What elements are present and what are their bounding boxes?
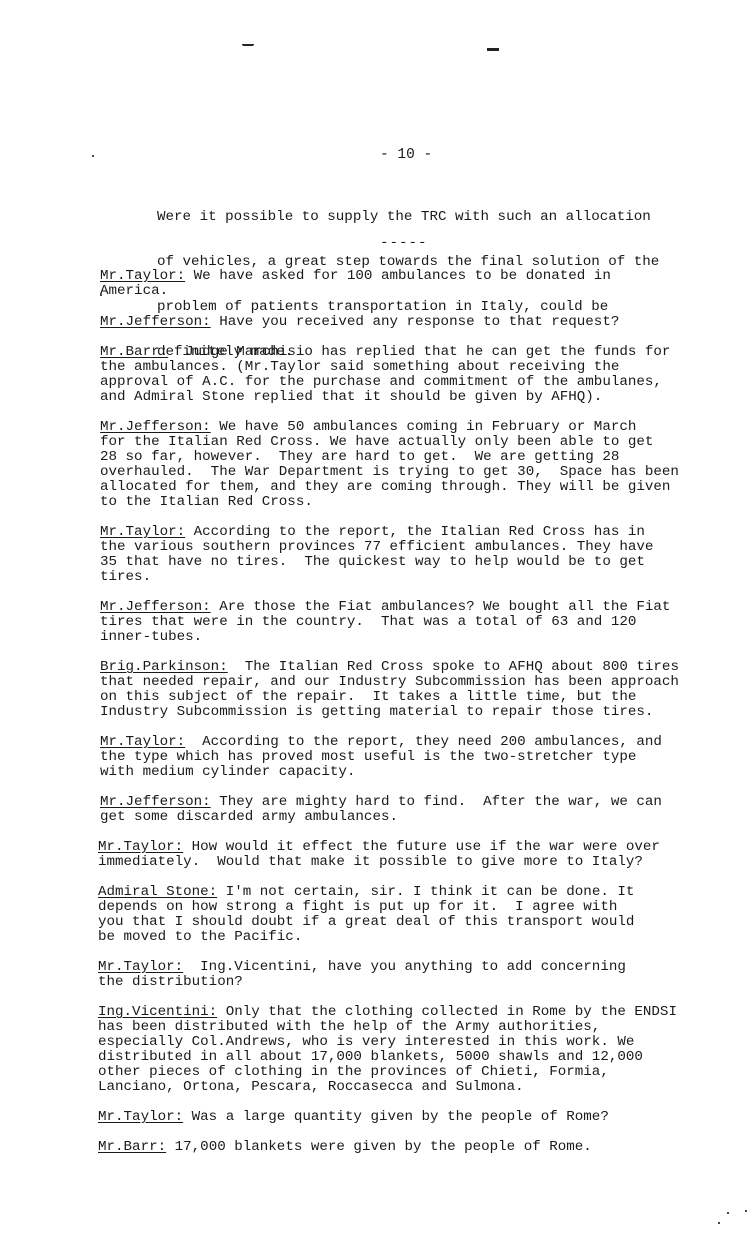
entry-line: Mr.Taylor: We have asked for 100 ambulan… <box>100 269 720 284</box>
speaker-name: Mr.Jefferson: <box>100 599 211 615</box>
entry-text: immediately. Would that make it possible… <box>98 854 643 870</box>
transcript-entry: Mr.Jefferson: We have 50 ambulances comi… <box>100 420 720 510</box>
transcript-entry: Mr.Taylor: Ing.Vicentini, have you anyth… <box>98 960 718 990</box>
transcript-entry: Mr.Jefferson: Are those the Fiat ambulan… <box>100 600 720 645</box>
entry-line: depends on how strong a fight is put up … <box>98 900 718 915</box>
entry-line: Mr.Taylor: Was a large quantity given by… <box>98 1110 718 1125</box>
entry-line: and Admiral Stone replied that it should… <box>100 390 720 405</box>
entry-line: especially Col.Andrews, who is very inte… <box>98 1035 718 1050</box>
scan-speck <box>92 155 94 157</box>
entry-line: Brig.Parkinson: The Italian Red Cross sp… <box>100 660 720 675</box>
entry-text: tires that were in the country. That was… <box>100 614 636 630</box>
entry-line: Mr.Taylor: According to the report, they… <box>100 735 720 750</box>
transcript-entry: Mr.Taylor: Was a large quantity given by… <box>98 1110 718 1125</box>
scan-speck <box>718 1222 720 1224</box>
entry-text: has been distributed with the help of th… <box>98 1019 600 1035</box>
entry-text: The Italian Red Cross spoke to AFHQ abou… <box>228 659 679 675</box>
scan-mark <box>242 44 254 46</box>
scan-speck <box>100 294 102 296</box>
entry-line: Mr.Jefferson: Have you received any resp… <box>100 315 720 330</box>
entry-text: be moved to the Pacific. <box>98 929 302 945</box>
entry-text: According to the report, the Italian Red… <box>185 524 645 540</box>
transcript-entry: Mr.Barr: 17,000 blankets were given by t… <box>98 1140 718 1155</box>
scan-speck <box>745 1210 747 1212</box>
entry-text: you that I should doubt if a great deal … <box>98 914 634 930</box>
speaker-name: Mr.Taylor: <box>100 734 185 750</box>
entry-text: 35 that have no tires. The quickest way … <box>100 554 645 570</box>
entry-text: allocated for them, and they are coming … <box>100 479 670 495</box>
entry-line: the distribution? <box>98 975 718 990</box>
intro-line: Were it possible to supply the TRC with … <box>157 210 717 225</box>
speaker-name: Mr.Barr: <box>98 1139 166 1155</box>
entry-line: 35 that have no tires. The quickest way … <box>100 555 720 570</box>
entry-text: They are mighty hard to find. After the … <box>211 794 662 810</box>
entry-text: Ing.Vicentini, have you anything to add … <box>183 959 626 975</box>
entry-text: get some discarded army ambulances. <box>100 809 398 825</box>
speaker-name: Ing.Vicentini: <box>98 1004 217 1020</box>
speaker-name: Brig.Parkinson: <box>100 659 228 675</box>
entry-line: Admiral Stone: I'm not certain, sir. I t… <box>98 885 718 900</box>
entry-text: Only that the clothing collected in Rome… <box>217 1004 677 1020</box>
entry-line: immediately. Would that make it possible… <box>98 855 718 870</box>
section-separator: ----- <box>380 236 428 251</box>
entry-line: tires. <box>100 570 720 585</box>
entry-line: Mr.Taylor: According to the report, the … <box>100 525 720 540</box>
entry-text: with medium cylinder capacity. <box>100 764 355 780</box>
entry-line: the various southern provinces 77 effici… <box>100 540 720 555</box>
entry-line: other pieces of clothing in the province… <box>98 1065 718 1080</box>
entry-line: on this subject of the repair. It takes … <box>100 690 720 705</box>
entry-text: How would it effect the future use if th… <box>183 839 660 855</box>
speaker-name: Mr.Taylor: <box>98 1109 183 1125</box>
entry-line: distributed in all about 17,000 blankets… <box>98 1050 718 1065</box>
entry-line: for the Italian Red Cross. We have actua… <box>100 435 720 450</box>
entry-line: tires that were in the country. That was… <box>100 615 720 630</box>
entry-line: overhauled. The War Department is trying… <box>100 465 720 480</box>
speaker-name: Mr.Barr: <box>100 344 168 360</box>
transcript-entry: Mr.Taylor: According to the report, the … <box>100 525 720 585</box>
entry-text: the various southern provinces 77 effici… <box>100 539 653 555</box>
speaker-name: Mr.Taylor: <box>98 959 183 975</box>
entry-line: be moved to the Pacific. <box>98 930 718 945</box>
speaker-name: Mr.Jefferson: <box>100 794 211 810</box>
entry-text: that needed repair, and our Industry Sub… <box>100 674 679 690</box>
entry-line: to the Italian Red Cross. <box>100 495 720 510</box>
entry-text: depends on how strong a fight is put up … <box>98 899 617 915</box>
transcript-entry: Mr.Jefferson: Have you received any resp… <box>100 315 720 330</box>
entry-text: I'm not certain, sir. I think it can be … <box>217 884 634 900</box>
transcript-entry: Mr.Barr: Judge Marchisio has replied tha… <box>100 345 720 405</box>
entry-text: and Admiral Stone replied that it should… <box>100 389 602 405</box>
page-number: - 10 - <box>380 148 432 163</box>
entry-line: Mr.Barr: Judge Marchisio has replied tha… <box>100 345 720 360</box>
transcript-entry: Mr.Taylor: How would it effect the futur… <box>98 840 718 870</box>
entry-text: especially Col.Andrews, who is very inte… <box>98 1034 634 1050</box>
entry-line: Mr.Jefferson: Are those the Fiat ambulan… <box>100 600 720 615</box>
entry-line: the ambulances. (Mr.Taylor said somethin… <box>100 360 720 375</box>
entry-line: get some discarded army ambulances. <box>100 810 720 825</box>
entry-line: Industry Subcommission is getting materi… <box>100 705 720 720</box>
entry-text: the ambulances. (Mr.Taylor said somethin… <box>100 359 619 375</box>
transcript-entry: Mr.Taylor: We have asked for 100 ambulan… <box>100 269 720 299</box>
entry-line: that needed repair, and our Industry Sub… <box>100 675 720 690</box>
entry-text: 17,000 blankets were given by the people… <box>166 1139 592 1155</box>
entry-text: inner-tubes. <box>100 629 202 645</box>
entry-text: We have asked for 100 ambulances to be d… <box>185 268 611 284</box>
entry-text: Was a large quantity given by the people… <box>183 1109 609 1125</box>
entry-text: Industry Subcommission is getting materi… <box>100 704 653 720</box>
entry-line: Mr.Jefferson: We have 50 ambulances comi… <box>100 420 720 435</box>
entry-text: Are those the Fiat ambulances? We bought… <box>211 599 671 615</box>
entry-text: Judge Marchisio has replied that he can … <box>168 344 670 360</box>
entry-text: on this subject of the repair. It takes … <box>100 689 636 705</box>
entry-text: the type which has proved most useful is… <box>100 749 636 765</box>
entry-line: inner-tubes. <box>100 630 720 645</box>
entry-text: We have 50 ambulances coming in February… <box>211 419 637 435</box>
entry-text: 28 so far, however. They are hard to get… <box>100 449 619 465</box>
entry-line: America. <box>100 284 720 299</box>
transcript-entry: Admiral Stone: I'm not certain, sir. I t… <box>98 885 718 945</box>
speaker-name: Mr.Taylor: <box>98 839 183 855</box>
transcript-entry: Mr.Jefferson: They are mighty hard to fi… <box>100 795 720 825</box>
speaker-name: Mr.Jefferson: <box>100 314 211 330</box>
speaker-name: Mr.Jefferson: <box>100 419 211 435</box>
scan-mark <box>487 48 499 51</box>
entry-text: the distribution? <box>98 974 243 990</box>
entry-text: distributed in all about 17,000 blankets… <box>98 1049 643 1065</box>
transcript-entry: Ing.Vicentini: Only that the clothing co… <box>98 1005 718 1095</box>
entry-line: Mr.Taylor: Ing.Vicentini, have you anyth… <box>98 960 718 975</box>
entry-line: approval of A.C. for the purchase and co… <box>100 375 720 390</box>
transcript-entry: Brig.Parkinson: The Italian Red Cross sp… <box>100 660 720 720</box>
entry-line: Ing.Vicentini: Only that the clothing co… <box>98 1005 718 1020</box>
entry-line: with medium cylinder capacity. <box>100 765 720 780</box>
entry-line: Mr.Barr: 17,000 blankets were given by t… <box>98 1140 718 1155</box>
entry-text: Have you received any response to that r… <box>211 314 620 330</box>
entry-text: other pieces of clothing in the province… <box>98 1064 609 1080</box>
intro-line: problem of patients transportation in It… <box>157 300 717 315</box>
entry-line: Mr.Taylor: How would it effect the futur… <box>98 840 718 855</box>
entry-text: America. <box>100 283 168 299</box>
entry-line: allocated for them, and they are coming … <box>100 480 720 495</box>
entry-text: overhauled. The War Department is trying… <box>100 464 679 480</box>
speaker-name: Admiral Stone: <box>98 884 217 900</box>
entry-line: 28 so far, however. They are hard to get… <box>100 450 720 465</box>
entry-text: for the Italian Red Cross. We have actua… <box>100 434 653 450</box>
entry-line: has been distributed with the help of th… <box>98 1020 718 1035</box>
entry-line: you that I should doubt if a great deal … <box>98 915 718 930</box>
entry-text: According to the report, they need 200 a… <box>185 734 662 750</box>
entry-text: tires. <box>100 569 151 585</box>
speaker-name: Mr.Taylor: <box>100 268 185 284</box>
speaker-name: Mr.Taylor: <box>100 524 185 540</box>
transcript-entry: Mr.Taylor: According to the report, they… <box>100 735 720 780</box>
entry-line: the type which has proved most useful is… <box>100 750 720 765</box>
entry-text: Lanciano, Ortona, Pescara, Roccasecca an… <box>98 1079 524 1095</box>
entry-line: Mr.Jefferson: They are mighty hard to fi… <box>100 795 720 810</box>
entry-text: to the Italian Red Cross. <box>100 494 313 510</box>
scan-speck <box>727 1212 729 1214</box>
entry-line: Lanciano, Ortona, Pescara, Roccasecca an… <box>98 1080 718 1095</box>
entry-text: approval of A.C. for the purchase and co… <box>100 374 662 390</box>
document-page: - 10 - Were it possible to supply the TR… <box>0 0 750 1238</box>
